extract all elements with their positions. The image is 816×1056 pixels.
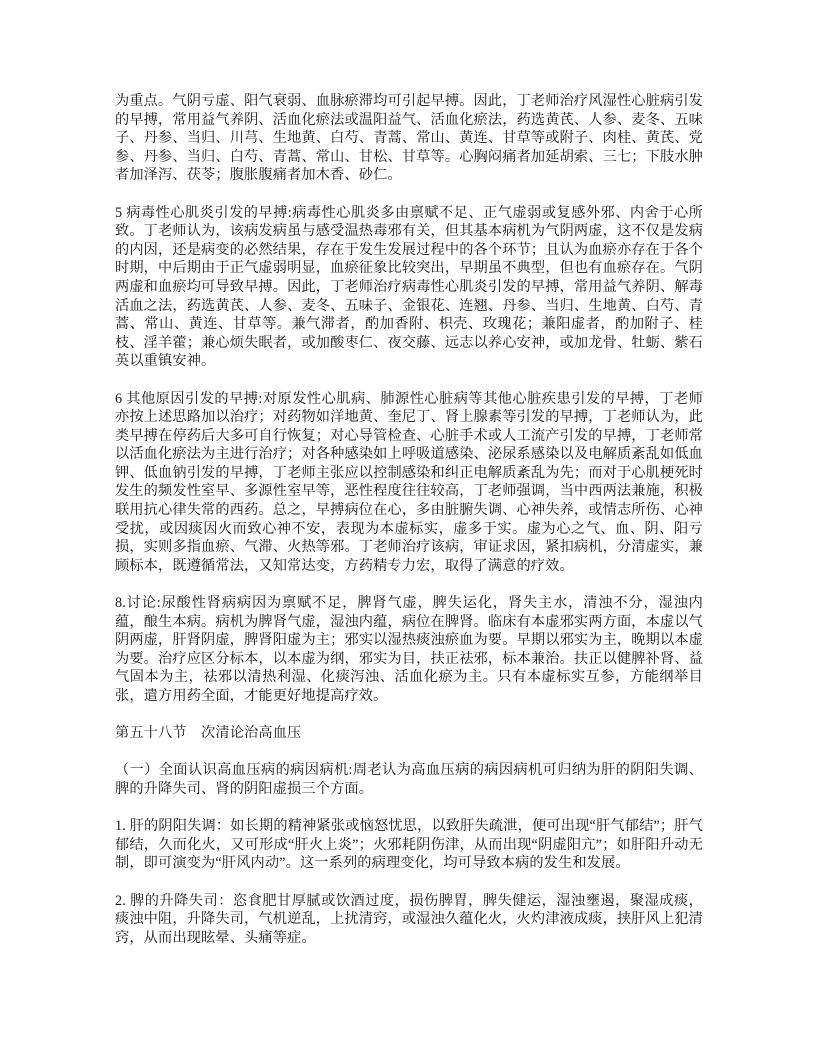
paragraph-item-1-liver: 1. 肝的阴阳失调：如长期的精神紧张或恼怒忧思，以致肝失疏泄，便可出现“肝气郁结…: [115, 817, 703, 873]
chapter-heading: 第五十八节 次清论治高血压: [115, 724, 703, 743]
paragraph-item-2-spleen: 2. 脾的升降失司：恣食肥甘厚腻或饮酒过度，损伤脾胃，脾失健运，湿浊壅遏，聚湿成…: [115, 892, 703, 948]
paragraph-section-5: 5 病毒性心肌炎引发的早搏:病毒性心肌炎多由禀赋不足、正气虚弱或复感外邪、内舍于…: [115, 204, 703, 371]
paragraph-continued: 为重点。气阴亏虚、阳气衰弱、血脉瘀滞均可引起早搏。因此，丁老师治疗风湿性心脏病引…: [115, 92, 703, 185]
document-page: 为重点。气阴亏虚、阳气衰弱、血脉瘀滞均可引起早搏。因此，丁老师治疗风湿性心脏病引…: [0, 0, 816, 1056]
paragraph-subsection-one: （一）全面认识高血压病的病因病机:周老认为高血压病的病因病机可归纳为肝的阴阳失调…: [115, 761, 703, 798]
text-column: 为重点。气阴亏虚、阳气衰弱、血脉瘀滞均可引起早搏。因此，丁老师治疗风湿性心脏病引…: [115, 92, 703, 966]
paragraph-section-8-discussion: 8.讨论:尿酸性肾病病因为禀赋不足，脾肾气虚，脾失运化，肾失主水，清浊不分，湿浊…: [115, 594, 703, 706]
paragraph-section-6: 6 其他原因引发的早搏:对原发性心肌病、肺源性心脏病等其他心脏疾患引发的早搏，丁…: [115, 390, 703, 576]
